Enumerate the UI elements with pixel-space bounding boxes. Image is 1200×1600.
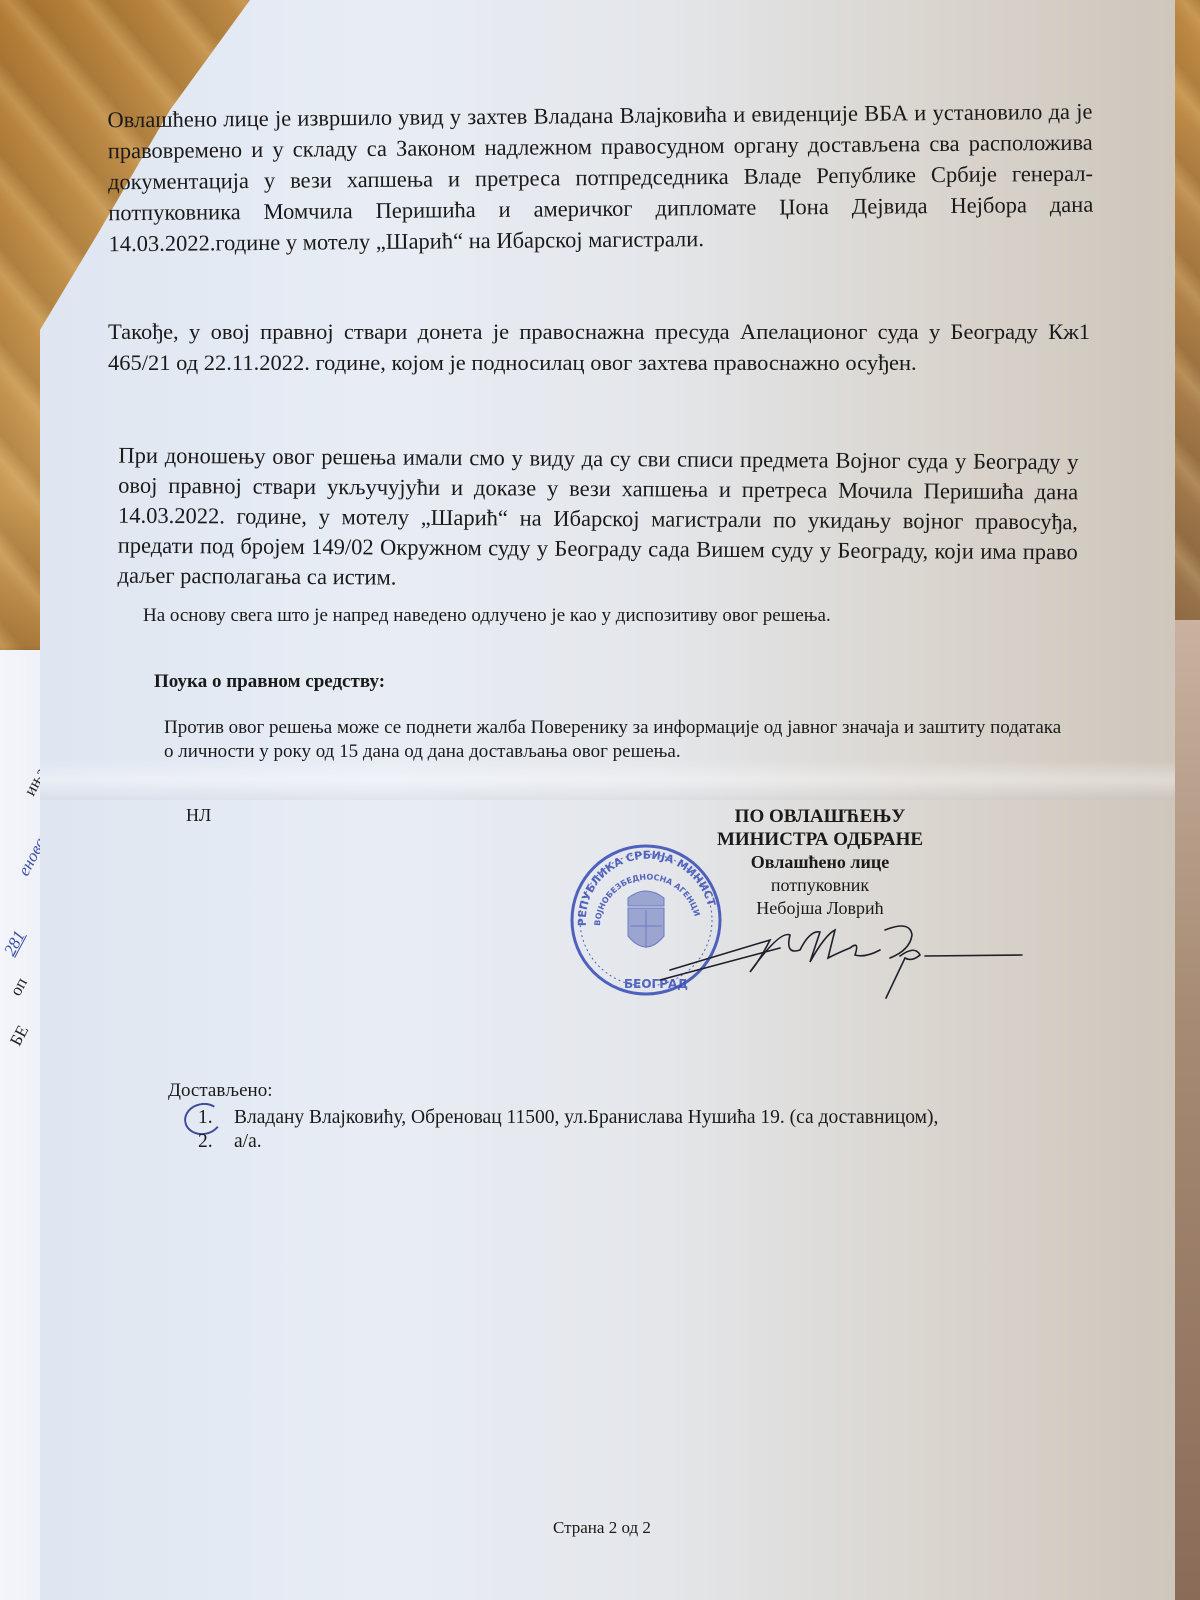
- delivered-item-text: Владану Влајковићу, Обреновац 11500, ул.…: [234, 1106, 1078, 1130]
- paragraph-military-court-files: При доношењу овог решења имали смо у вид…: [117, 441, 1078, 598]
- delivered-item-number: 1.: [198, 1106, 213, 1130]
- authorization-line: ПО ОВЛАШЋЕЊУ: [680, 805, 960, 828]
- authorized-person-label: Овлашћено лице: [680, 851, 960, 874]
- delivered-item-text: а/а.: [234, 1131, 262, 1152]
- paragraph-final-verdict: Такође, у овој правној ствари донета је …: [108, 316, 1090, 378]
- delivered-item-number: 2.: [198, 1130, 213, 1154]
- paragraph-decision-basis: На основу свега што је напред наведено о…: [143, 604, 831, 628]
- ministry-line: МИНИСТРА ОДБРАНЕ: [680, 828, 960, 851]
- handwritten-signature-icon: [650, 900, 1030, 1000]
- page-number: Страна 2 од 2: [553, 1518, 651, 1538]
- legal-remedy-heading: Поука о правном средству:: [154, 666, 385, 697]
- initials: НЛ: [186, 805, 211, 826]
- document-content: Овлашћено лице је извршило увид у захтев…: [0, 0, 1200, 1600]
- paragraph-inspection: Овлашћено лице је извршило увид у захтев…: [107, 96, 1093, 260]
- delivered-list: 1. Владану Влајковићу, Обреновац 11500, …: [198, 1106, 1078, 1154]
- rank: потпуковник: [680, 874, 960, 897]
- delivered-heading: Достављено:: [168, 1080, 273, 1102]
- delivered-item: 2. а/а.: [198, 1130, 1078, 1154]
- delivered-item: 1. Владану Влајковићу, Обреновац 11500, …: [198, 1106, 1078, 1130]
- legal-remedy-text: Против овог решења може се поднети жалба…: [164, 716, 1064, 764]
